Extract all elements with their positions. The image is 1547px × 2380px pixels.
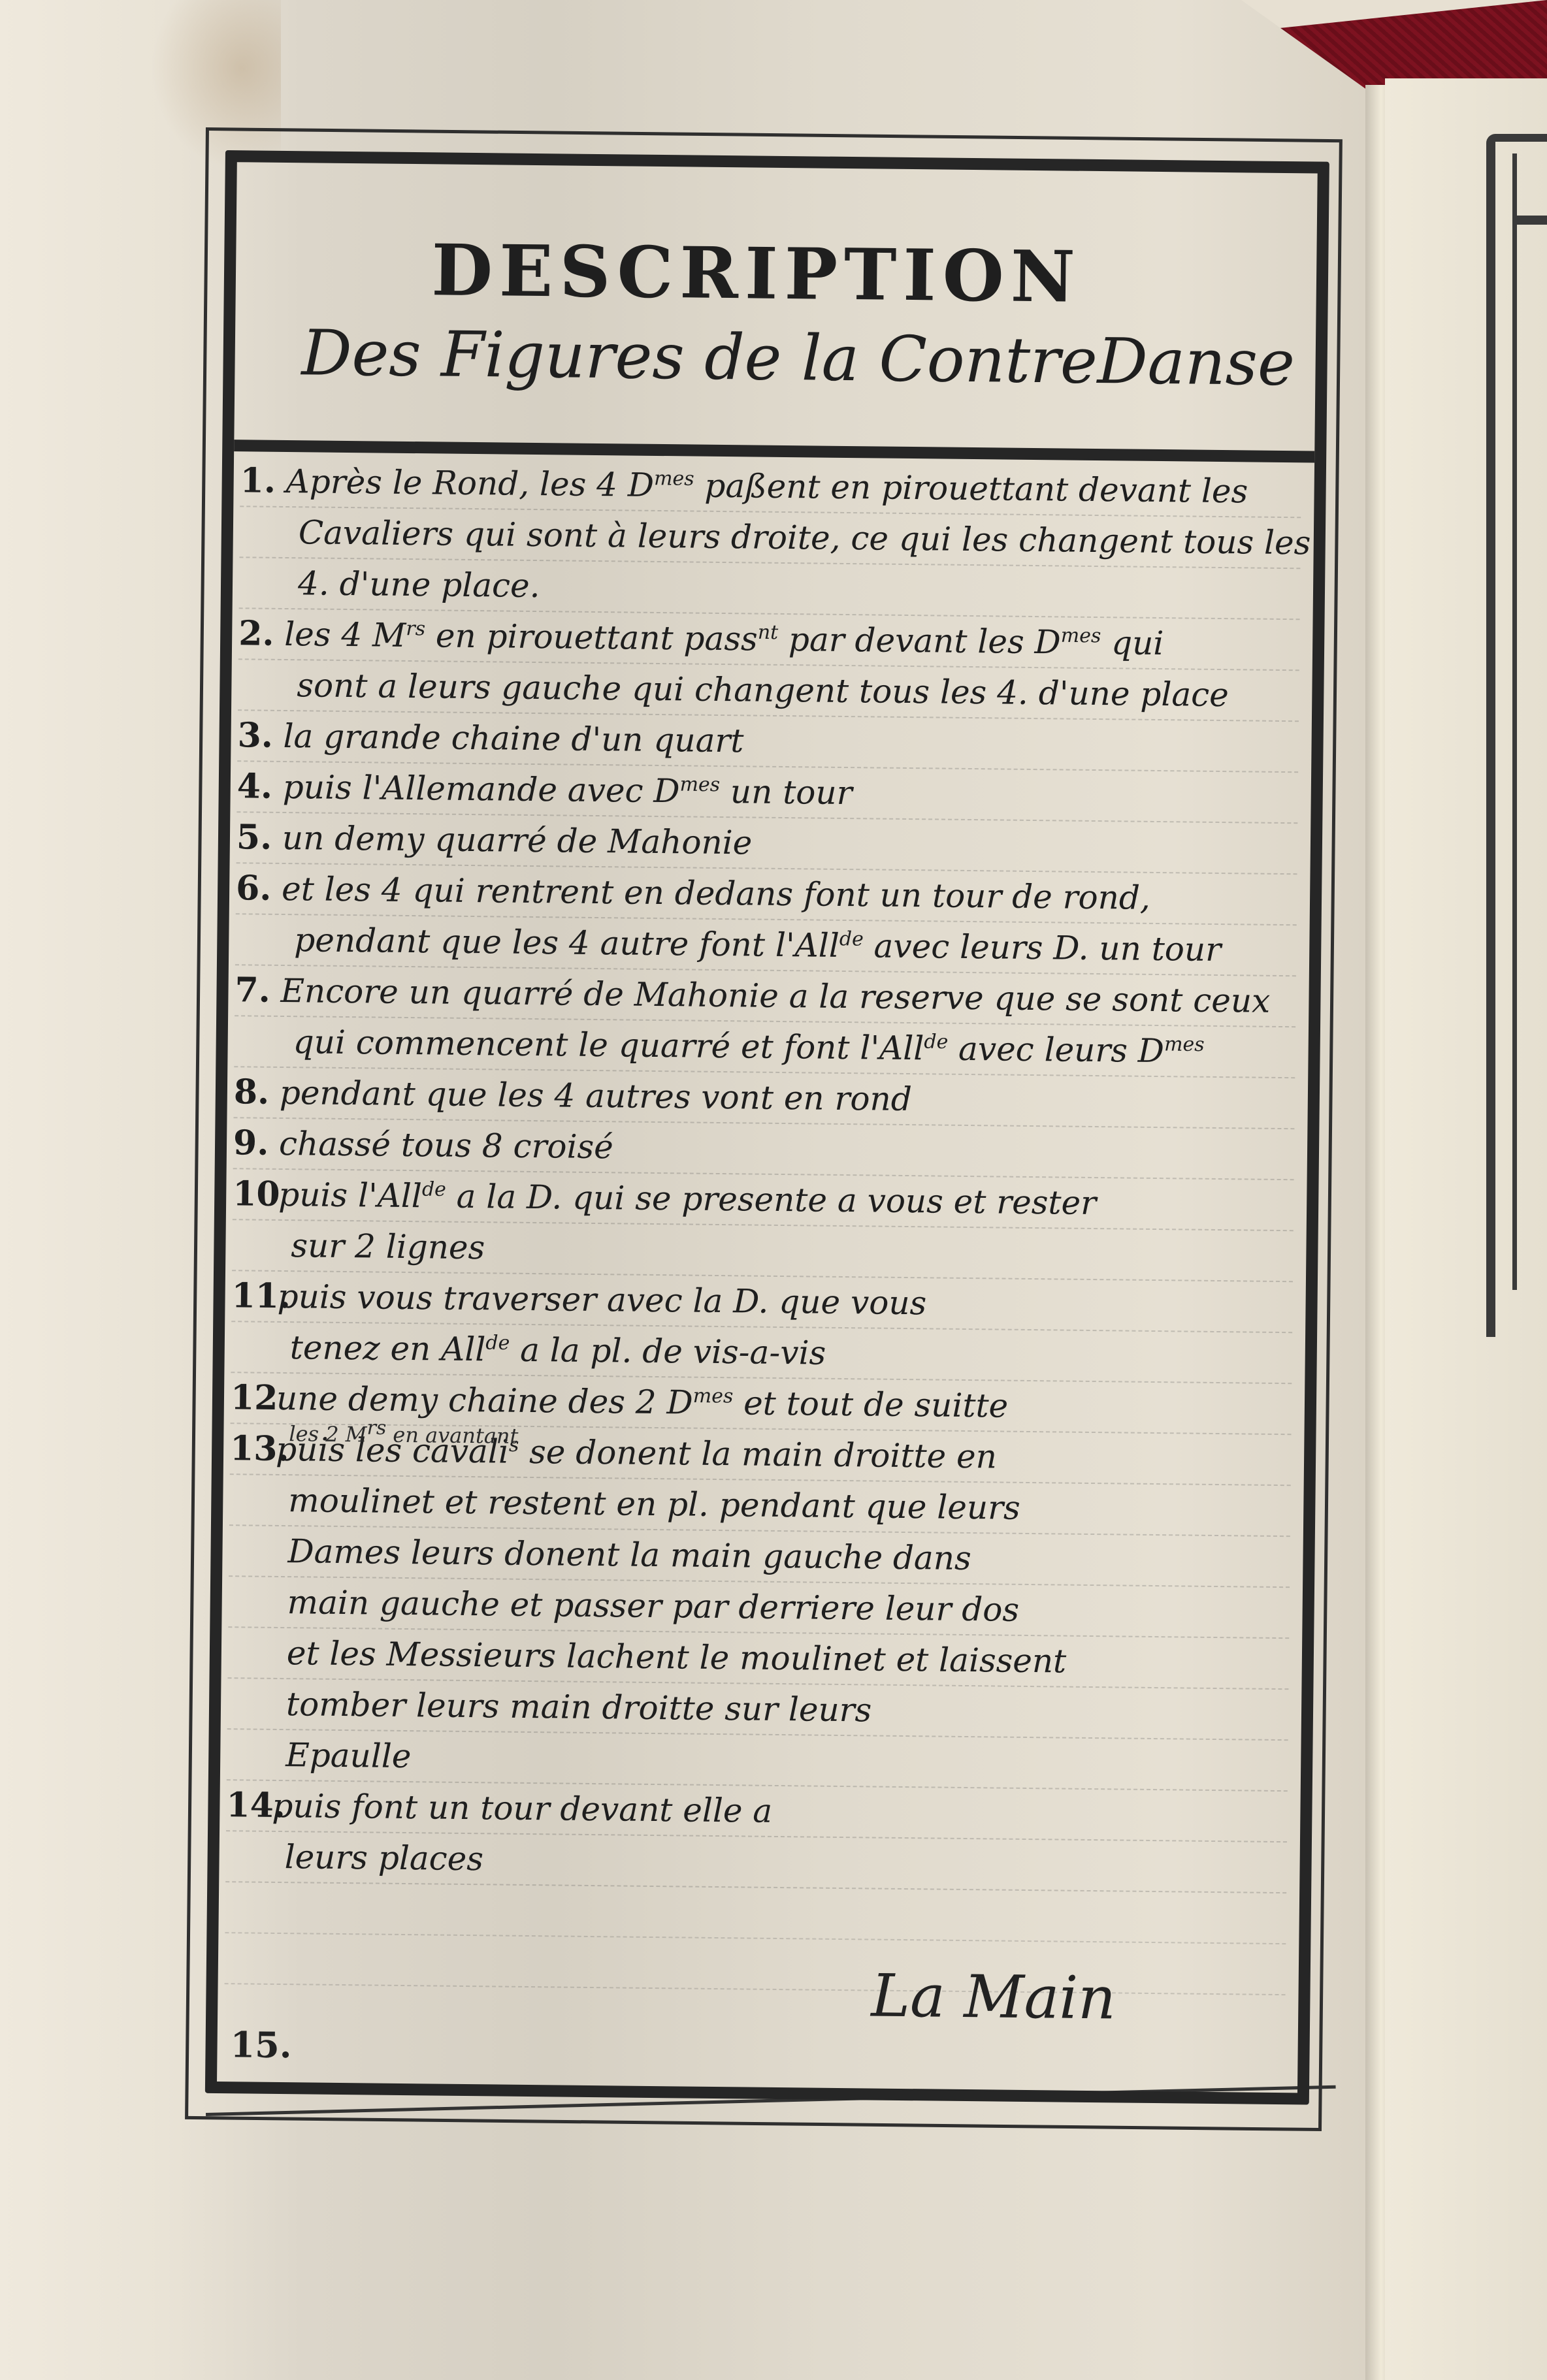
entry-text: un demy quarré de Mahonie bbox=[282, 819, 753, 862]
entry-text: et les Messieurs lachent le moulinet et … bbox=[287, 1634, 1067, 1680]
entry-text: Encore un quarré de Mahonie a la reserve… bbox=[280, 972, 1270, 1020]
entry-text: tomber leurs main droitte sur leurs bbox=[286, 1685, 872, 1729]
page-title: DESCRIPTION bbox=[235, 227, 1277, 321]
facing-page-border-inner bbox=[1512, 153, 1547, 1290]
entry-number: 1. bbox=[240, 456, 286, 506]
entry-text: puis vous traverser avec la D. que vous bbox=[277, 1278, 926, 1322]
entry-number: 11. bbox=[231, 1271, 278, 1321]
entry-text: pendant que les 4 autres vont en rond bbox=[280, 1074, 912, 1118]
entry-number: 10 bbox=[233, 1169, 279, 1219]
entry-number: 7. bbox=[235, 965, 281, 1016]
entry-number: 6. bbox=[236, 863, 282, 914]
entry-text: puis font un tour devant elle a bbox=[272, 1787, 772, 1830]
figure-entry: 11.puis vous traverser avec la D. que vo… bbox=[231, 1271, 1293, 1384]
superscript-abbreviation: mes bbox=[693, 1385, 734, 1408]
superscript-abbreviation: de bbox=[839, 927, 864, 950]
superscript-abbreviation: mes bbox=[654, 467, 694, 490]
entry-text: qui commencent le quarré et font l'Allde… bbox=[293, 1023, 1204, 1070]
figure-entry: 14.puis font un tour devant elle aleurs … bbox=[225, 1780, 1288, 1893]
facing-page-heading-rule bbox=[1516, 216, 1547, 225]
entry-number-15: 15. bbox=[230, 2023, 292, 2066]
figure-entry: 2.les 4 Mrs en pirouettant passnt par de… bbox=[238, 609, 1300, 722]
entry-text: la grande chaine d'un quart bbox=[283, 717, 743, 760]
page-frame: DESCRIPTION Des Figures de la ContreDans… bbox=[205, 150, 1329, 2105]
entry-number: 14. bbox=[226, 1780, 272, 1831]
figure-entry: 13.les 2 Mrs en avantantpuis les cavalis… bbox=[227, 1424, 1292, 1792]
blank-ruled-line bbox=[225, 1933, 1286, 1995]
entry-text: et les 4 qui rentrent en dedans font un … bbox=[282, 870, 1150, 917]
entry-text: main gauche et passer par derriere leur … bbox=[287, 1583, 1019, 1629]
entry-number: 5. bbox=[236, 812, 283, 863]
superscript-abbreviation: de bbox=[924, 1031, 948, 1053]
entry-number: 13. bbox=[230, 1424, 276, 1474]
superscript-abbreviation: mes bbox=[1164, 1033, 1205, 1056]
entry-text: Epaulle bbox=[285, 1736, 412, 1775]
superscript-abbreviation: nt bbox=[758, 621, 779, 644]
entry-number: 9. bbox=[233, 1118, 280, 1168]
figure-entry: 6.et les 4 qui rentrent en dedans font u… bbox=[235, 863, 1297, 976]
entry-text: sont a leurs gauche qui changent tous le… bbox=[297, 666, 1229, 714]
entry-text: Cavaliers qui sont à leurs droite, ce qu… bbox=[299, 513, 1311, 562]
entry-text: sur 2 lignes bbox=[291, 1227, 485, 1266]
signature: La Main bbox=[871, 1962, 1116, 2033]
entry-text: puis l'Allemande avec Dmes un tour bbox=[282, 768, 852, 812]
entry-text: chassé tous 8 croisé bbox=[279, 1125, 613, 1166]
superscript-abbreviation: rs bbox=[406, 617, 425, 640]
entry-text: pendant que les 4 autre font l'Allde ave… bbox=[294, 921, 1221, 969]
interlinear-note: les 2 Mrs en avantant bbox=[289, 1409, 519, 1461]
superscript-abbreviation: de bbox=[422, 1178, 446, 1201]
superscript-abbreviation: mes bbox=[1061, 624, 1101, 648]
figure-entry: 7.Encore un quarré de Mahonie a la reser… bbox=[234, 965, 1296, 1078]
entry-number: 2. bbox=[238, 609, 285, 659]
entry-number: 12 bbox=[231, 1373, 277, 1423]
entry-text: tenez en Allde a la pl. de vis-a-vis bbox=[290, 1328, 826, 1372]
figure-entry: 1.Après le Rond, les 4 Dmes paßent en pi… bbox=[239, 456, 1301, 620]
entry-text: moulinet et restent en pl. pendant que l… bbox=[288, 1481, 1020, 1527]
figure-entry: 10puis l'Allde a la D. qui se presente a… bbox=[232, 1169, 1294, 1282]
entry-text: Dames leurs donent la main gauche dans bbox=[287, 1532, 971, 1577]
figures-list: 1.Après le Rond, les 4 Dmes paßent en pi… bbox=[225, 456, 1301, 1995]
entry-number: 4. bbox=[236, 762, 283, 812]
superscript-abbreviation: de bbox=[485, 1332, 510, 1355]
entry-text: 4. d'une place. bbox=[298, 564, 540, 605]
entry-number: 3. bbox=[237, 711, 284, 761]
entry-text: leurs places bbox=[284, 1838, 483, 1878]
page-subtitle: Des Figures de la ContreDanse bbox=[300, 316, 1296, 400]
entry-number: 8. bbox=[234, 1067, 280, 1118]
entry-text: puis l'Allde a la D. qui se presente a v… bbox=[278, 1176, 1096, 1222]
entry-text: les 4 Mrs en pirouettant passnt par deva… bbox=[284, 615, 1164, 662]
superscript-abbreviation: mes bbox=[679, 773, 720, 797]
heading-box: DESCRIPTION Des Figures de la ContreDans… bbox=[234, 162, 1318, 462]
superscript-abbreviation: rs bbox=[366, 1417, 386, 1439]
entry-text: Après le Rond, les 4 Dmes paßent en piro… bbox=[285, 462, 1248, 510]
